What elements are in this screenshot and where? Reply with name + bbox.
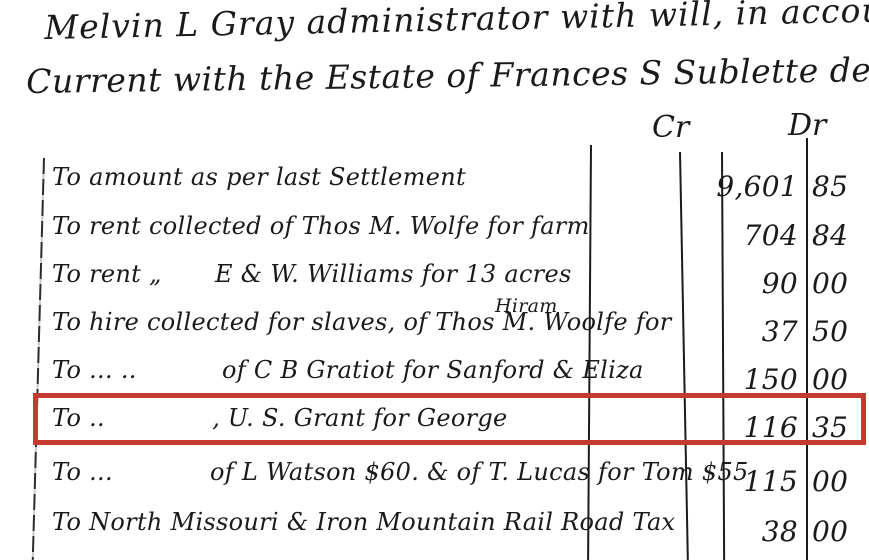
credit-column-header: Cr xyxy=(652,110,689,145)
row-description: To ... .. xyxy=(52,356,137,384)
amount-dollars: 150 xyxy=(650,363,798,396)
row-description: To amount as per last Settlement xyxy=(52,163,466,191)
amount-dollars: 90 xyxy=(650,267,798,300)
amount-cents: 00 xyxy=(812,465,848,498)
amount-dollars: 37 xyxy=(650,315,798,348)
ledger-row: To North Missouri & Iron Mountain Rail R… xyxy=(0,508,869,554)
row-description: To hire collected for slaves, of Thos M.… xyxy=(52,308,672,336)
ledger-row: To rent „ E & W. Williams for 13 acres 9… xyxy=(0,260,869,306)
amount-dollars: 115 xyxy=(650,465,798,498)
ledger-row: To .. ‚ U. S. Grant for George 116 35 xyxy=(0,404,869,450)
row-description-detail: ‚ U. S. Grant for George xyxy=(212,404,508,432)
row-description-detail: E & W. Williams for 13 acres xyxy=(215,260,572,288)
ledger-row: To ... .. of C B Gratiot for Sanford & E… xyxy=(0,356,869,402)
ledger-row: To hire collected for slaves, of Thos M.… xyxy=(0,308,869,354)
row-description: To .. xyxy=(52,404,105,432)
ledger-row: To amount as per last Settlement 9,601 8… xyxy=(0,163,869,209)
row-description: To North Missouri & Iron Mountain Rail R… xyxy=(52,508,675,536)
amount-cents: 84 xyxy=(812,219,848,252)
ledger-page: Melvin L Gray administrator with will, i… xyxy=(0,0,869,560)
amount-cents: 35 xyxy=(812,411,848,444)
amount-cents: 00 xyxy=(812,515,848,548)
row-description: To rent collected of Thos M. Wolfe for f… xyxy=(52,212,590,240)
ledger-row: To rent collected of Thos M. Wolfe for f… xyxy=(0,212,869,258)
row-description-detail: of C B Gratiot for Sanford & Eliza xyxy=(222,356,644,384)
amount-dollars: 38 xyxy=(650,515,798,548)
row-description: To rent „ xyxy=(52,260,162,288)
row-superscript-name: Hiram xyxy=(495,295,558,317)
amount-cents: 50 xyxy=(812,315,848,348)
ledger-row: To ... of L Watson $60. & of T. Lucas fo… xyxy=(0,458,869,504)
amount-dollars: 116 xyxy=(650,411,798,444)
row-description: To ... xyxy=(52,458,113,486)
document-title-line2: Current with the Estate of Frances S Sub… xyxy=(26,50,869,101)
amount-cents: 00 xyxy=(812,267,848,300)
amount-dollars: 704 xyxy=(650,219,798,252)
amount-cents: 85 xyxy=(812,170,848,203)
amount-dollars: 9,601 xyxy=(650,170,798,203)
document-title-line1: Melvin L Gray administrator with will, i… xyxy=(44,0,869,47)
amount-cents: 00 xyxy=(812,363,848,396)
